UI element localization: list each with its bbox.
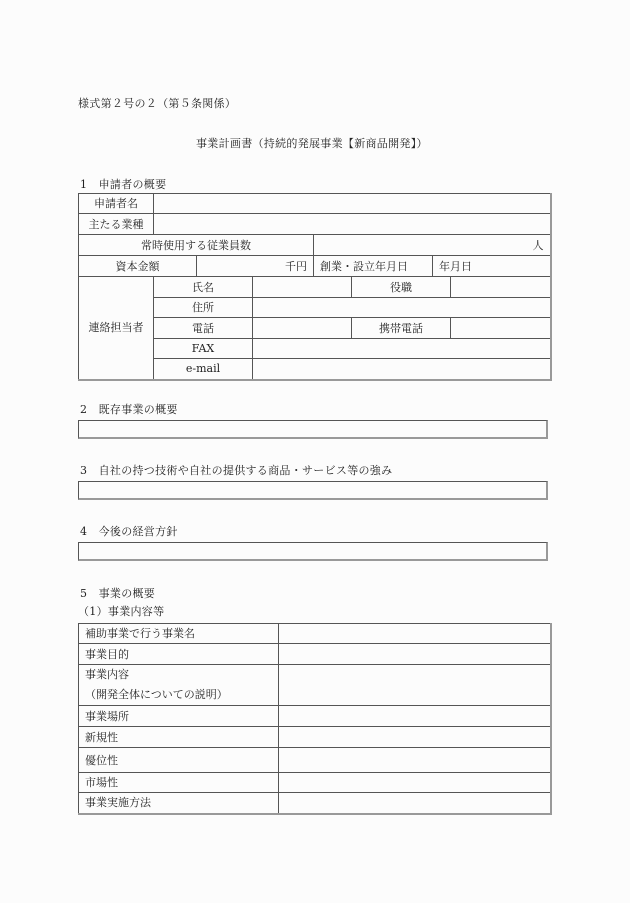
employees-label: 常時使用する従業員数 <box>79 235 314 256</box>
project-content-label-note: （開発全体についての説明） <box>85 685 272 705</box>
applicant-name-field[interactable] <box>154 194 551 214</box>
capital-label: 資本金額 <box>79 256 197 277</box>
capital-field[interactable]: 千円 <box>197 256 314 277</box>
table-row: 市場性 <box>79 773 551 793</box>
contact-position-field[interactable] <box>451 277 551 298</box>
contact-email-field[interactable] <box>253 359 551 380</box>
table-row: 事業内容 （開発全体についての説明） <box>79 665 551 706</box>
employees-row: 常時使用する従業員数 人 <box>79 235 551 256</box>
section2-heading: 2 既存事業の概要 <box>80 403 178 417</box>
table-row: 事業目的 <box>79 644 551 665</box>
project-purpose-label: 事業目的 <box>79 644 279 665</box>
contact-fax-field[interactable] <box>253 339 551 359</box>
business-content-table: 補助事業で行う事業名 事業目的 事業内容 （開発全体についての説明） 事業場所 … <box>78 623 552 815</box>
strengths-field[interactable] <box>78 481 548 500</box>
applicant-name-label: 申請者名 <box>79 194 154 214</box>
contact-address-field[interactable] <box>253 298 551 318</box>
industry-row: 主たる業種 <box>79 214 551 235</box>
project-content-label-main: 事業内容 <box>85 665 272 685</box>
capital-row: 資本金額 千円 創業・設立年月日 年月日 <box>79 256 551 277</box>
contact-name-label: 氏名 <box>154 277 253 298</box>
project-location-label: 事業場所 <box>79 706 279 727</box>
management-policy-field[interactable] <box>78 542 548 561</box>
employees-unit: 人 <box>533 239 544 252</box>
applicant-name-row: 申請者名 <box>79 194 551 214</box>
contact-person-label: 連絡担当者 <box>79 277 154 380</box>
marketability-field[interactable] <box>279 773 551 793</box>
contact-fax-label: FAX <box>154 339 253 359</box>
superiority-field[interactable] <box>279 748 551 773</box>
table-row: 優位性 <box>79 748 551 773</box>
form-number: 様式第２号の２（第５条関係） <box>78 97 236 111</box>
project-location-field[interactable] <box>279 706 551 727</box>
applicant-overview-table: 申請者名 主たる業種 常時使用する従業員数 人 資本金額 千円 創業・設立年月日… <box>78 193 552 381</box>
founded-label: 創業・設立年月日 <box>314 256 433 277</box>
section4-heading: 4 今後の経営方針 <box>80 525 178 539</box>
contact-phone-label: 電話 <box>154 318 253 339</box>
table-row: 事業実施方法 <box>79 793 551 814</box>
contact-name-row: 連絡担当者 氏名 役職 <box>79 277 551 298</box>
table-row: 補助事業で行う事業名 <box>79 624 551 644</box>
implementation-method-field[interactable] <box>279 793 551 814</box>
contact-phone-field[interactable] <box>253 318 352 339</box>
contact-position-label: 役職 <box>352 277 451 298</box>
implementation-method-label: 事業実施方法 <box>79 793 279 814</box>
contact-mobile-label: 携帯電話 <box>352 318 451 339</box>
superiority-label: 優位性 <box>79 748 279 773</box>
section1-heading: 1 申請者の概要 <box>80 178 166 192</box>
novelty-label: 新規性 <box>79 727 279 748</box>
marketability-label: 市場性 <box>79 773 279 793</box>
section5-subheading: （1）事業内容等 <box>78 605 164 619</box>
table-row: 事業場所 <box>79 706 551 727</box>
table-row: 新規性 <box>79 727 551 748</box>
founded-field[interactable]: 年月日 <box>433 256 551 277</box>
document-title: 事業計画書（持続的発展事業【新商品開発】） <box>196 137 428 151</box>
capital-unit: 千円 <box>285 260 307 273</box>
industry-field[interactable] <box>154 214 551 235</box>
project-name-field[interactable] <box>279 624 551 644</box>
contact-mobile-field[interactable] <box>451 318 551 339</box>
project-name-label: 補助事業で行う事業名 <box>79 624 279 644</box>
employees-field[interactable]: 人 <box>314 235 551 256</box>
industry-label: 主たる業種 <box>79 214 154 235</box>
project-purpose-field[interactable] <box>279 644 551 665</box>
contact-address-label: 住所 <box>154 298 253 318</box>
section3-heading: 3 自社の持つ技術や自社の提供する商品・サービス等の強み <box>80 464 392 478</box>
project-content-field[interactable] <box>279 665 551 706</box>
project-content-label: 事業内容 （開発全体についての説明） <box>79 665 279 706</box>
novelty-field[interactable] <box>279 727 551 748</box>
contact-name-field[interactable] <box>253 277 352 298</box>
section5-heading: 5 事業の概要 <box>80 587 155 601</box>
existing-business-field[interactable] <box>78 420 548 439</box>
contact-email-label: e-mail <box>154 359 253 380</box>
